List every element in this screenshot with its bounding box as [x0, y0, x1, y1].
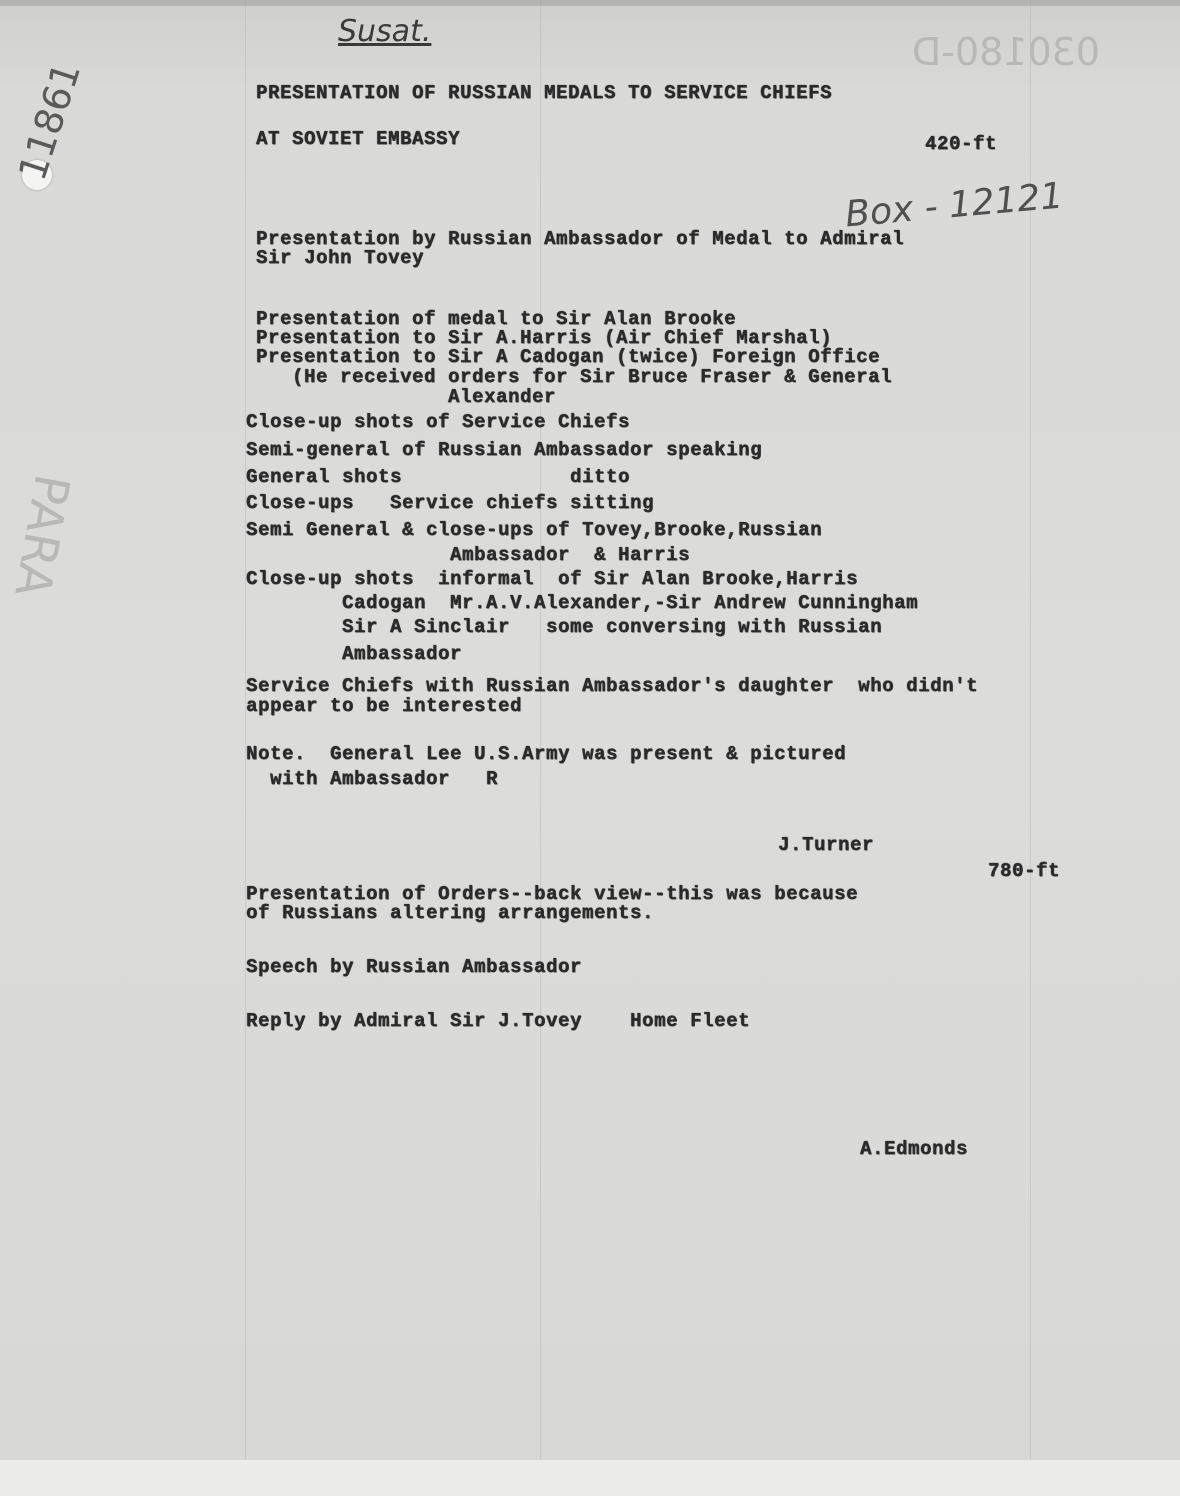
signature-turner: J.Turner	[778, 836, 874, 855]
shot-line: General shots ditto	[246, 468, 630, 487]
note-line: with Ambassador R	[246, 770, 498, 789]
box-label: Box - 12121	[844, 176, 1065, 236]
scan-line	[540, 0, 541, 1460]
shot-line: appear to be interested	[246, 697, 522, 716]
shot-line: Close-up shots informal of Sir Alan Broo…	[246, 570, 858, 589]
reply-line: Reply by Admiral Sir J.Tovey Home Fleet	[246, 1012, 750, 1031]
speech-line: Speech by Russian Ambassador	[246, 958, 582, 977]
page-top-edge	[0, 0, 1180, 6]
shot-line: Ambassador	[246, 645, 462, 664]
shot-line: Service Chiefs with Russian Ambassador's…	[246, 677, 978, 696]
section3-line: of Russians altering arrangements.	[246, 904, 654, 923]
margin-number: 11861	[10, 57, 89, 186]
faint-stamp: 030180-D	[912, 30, 1100, 74]
signature-edmonds: A.Edmonds	[860, 1140, 968, 1159]
shot-line: Close-ups Service chiefs sitting	[246, 494, 654, 513]
footage-780: 780-ft	[988, 862, 1060, 881]
shot-line: Semi General & close-ups of Tovey,Brooke…	[246, 521, 822, 540]
margin-faint-text: PARA	[4, 470, 80, 601]
document-page: Susat. 030180-D 11861 PARA Box - 12121 P…	[0, 0, 1180, 1460]
shot-line: Presentation to Sir A Cadogan (twice) Fo…	[256, 348, 880, 367]
handwritten-annotation-top: Susat.	[338, 14, 431, 49]
title-line-2: AT SOVIET EMBASSY	[256, 130, 460, 149]
shot-line: Alexander	[256, 388, 556, 407]
shot-line: Close-up shots of Service Chiefs	[246, 413, 630, 432]
scan-margin-bottom	[0, 1460, 1180, 1496]
shot-line: Semi-general of Russian Ambassador speak…	[246, 441, 762, 460]
shot-line: Sir A Sinclair some conversing with Russ…	[246, 618, 882, 637]
footage-420: 420-ft	[925, 135, 997, 154]
scan-line	[245, 0, 246, 1460]
shot-line: Cadogan Mr.A.V.Alexander,-Sir Andrew Cun…	[246, 594, 918, 613]
shot-line: (He received orders for Sir Bruce Fraser…	[256, 368, 892, 387]
shot-line: Ambassador & Harris	[246, 546, 690, 565]
title-line-1: PRESENTATION OF RUSSIAN MEDALS TO SERVIC…	[256, 84, 832, 103]
section1-line: Sir John Tovey	[256, 249, 424, 268]
note-line: Note. General Lee U.S.Army was present &…	[246, 745, 846, 764]
